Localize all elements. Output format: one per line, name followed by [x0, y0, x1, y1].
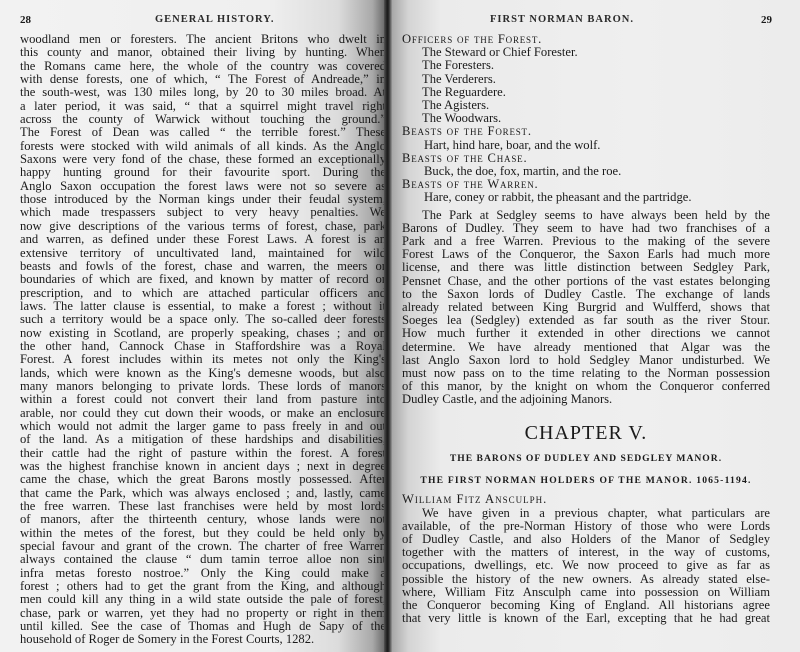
- text-line: of manors, after the thirteenth century,…: [20, 513, 384, 526]
- text-line: a later period, it was said, “ that a sq…: [20, 100, 384, 113]
- list-heading: Beasts of the Warren.: [402, 178, 770, 191]
- text-line: forests were stocked with wild animals o…: [20, 140, 384, 153]
- text-line: Park and a free Warren. Previous to the …: [402, 235, 770, 248]
- text-line: The Forest of Dean was called “ the terr…: [20, 126, 384, 139]
- text-line: We have given in a previous chapter, wha…: [402, 507, 770, 520]
- list-heading: Beasts of the Forest.: [402, 125, 770, 138]
- text-line: this county and manor, obtained their li…: [20, 46, 384, 59]
- list-item: The Steward or Chief Forester.: [402, 46, 770, 59]
- text-line: Forest. A forest includes within its met…: [20, 353, 384, 366]
- text-line: of Dudley Castle, and also Holders of th…: [402, 533, 770, 546]
- text-line: their cattle had the right of pasture wi…: [20, 447, 384, 460]
- text-line: Soeges lea (Sedgley) extended as far sou…: [402, 314, 770, 327]
- text-line: Barons of Dudley. They seem to have had …: [402, 222, 770, 235]
- text-line: lands, which were known as the King's de…: [20, 367, 384, 380]
- beasts-of-forest-list: Beasts of the Forest. Hart, hind hare, b…: [402, 125, 770, 151]
- section-title: THE BARONS OF DUDLEY AND SEDGLEY MANOR.: [402, 452, 770, 465]
- text-line: the Conqueror becoming King of England. …: [402, 599, 770, 612]
- text-line: Anglo Saxon occupation the forest laws w…: [20, 180, 384, 193]
- text-line: such a territory would be a space only. …: [20, 313, 384, 326]
- text-line: came the chase, which the great Barons m…: [20, 473, 384, 486]
- text-line: across the county of Warwick without tou…: [20, 113, 384, 126]
- list-item: The Agisters.: [402, 99, 770, 112]
- text-line: the Romans came here, the whole of the c…: [20, 60, 384, 73]
- text-line: special favour and grant of the crown. T…: [20, 540, 384, 553]
- text-line: within the metes of the forest, but they…: [20, 527, 384, 540]
- text-line: available, of the pre-Norman History of …: [402, 520, 770, 533]
- list-item: The Verderers.: [402, 73, 770, 86]
- text-line: infra metas foresto nostroe.” Only the K…: [20, 567, 384, 580]
- text-line: until killed. See the case of Thomas and…: [20, 620, 384, 633]
- list-item: Hart, hind hare, boar, and the wolf.: [402, 139, 770, 152]
- left-page-body: woodland men or foresters. The ancient B…: [20, 33, 384, 647]
- text-line: together with the matters of interest, i…: [402, 546, 770, 559]
- text-line: Dudley Castle, and the adjoining Manors.: [402, 393, 770, 406]
- text-line: arable, nor could they cut down their wo…: [20, 407, 384, 420]
- beasts-of-warren-list: Beasts of the Warren. Hare, coney or rab…: [402, 178, 770, 204]
- text-line: forest ; others had to get the grant fro…: [20, 580, 384, 593]
- text-line: determine. We have already mentioned tha…: [402, 341, 770, 354]
- chapter-title: CHAPTER V.: [402, 427, 770, 440]
- book-gutter: [384, 0, 392, 652]
- person-heading: William Fitz Ansculph.: [402, 493, 770, 506]
- running-head-right: FIRST NORMAN BARON.: [490, 14, 634, 25]
- page-number-right: 29: [761, 14, 772, 26]
- page-number-left: 28: [20, 14, 31, 26]
- right-page: FIRST NORMAN BARON. 29 Officers of the F…: [392, 0, 800, 652]
- book-spread: 28 GENERAL HISTORY. woodland men or fore…: [0, 0, 800, 652]
- text-line: was the highest franchise known in ancie…: [20, 460, 384, 473]
- text-line: last Anglo Saxon lord to hold Sedgley Ma…: [402, 354, 770, 367]
- text-line: laws. The latter clause is essential, to…: [20, 300, 384, 313]
- text-line: woodland men or foresters. The ancient B…: [20, 33, 384, 46]
- text-line: How much further it extended in other di…: [402, 327, 770, 340]
- text-line: occupations, dwellings, etc. We now proc…: [402, 559, 770, 572]
- right-page-body: Officers of the Forest. The Steward or C…: [402, 33, 770, 625]
- text-line: the free warren. These last franchises w…: [20, 500, 384, 513]
- text-line: where, William Fitz Ansculph came into p…: [402, 586, 770, 599]
- text-line: beasts and fowls of the forest, chase an…: [20, 260, 384, 273]
- beasts-of-chase-list: Beasts of the Chase. Buck, the doe, fox,…: [402, 152, 770, 178]
- running-head-left: GENERAL HISTORY.: [155, 14, 275, 25]
- text-line: of this manor, by the knight on whom the…: [402, 380, 770, 393]
- text-line: within a forest could not convert their …: [20, 393, 384, 406]
- text-line: chase, park or warren, yet they had no p…: [20, 607, 384, 620]
- text-line: that very little is known of the Earl, e…: [402, 612, 770, 625]
- paragraph-sedgley-park: The Park at Sedgley seems to have always…: [402, 209, 770, 407]
- text-line: license, and there was little distinctio…: [402, 261, 770, 274]
- text-line: men could kill any thing in a wild state…: [20, 593, 384, 606]
- text-line: Forest Laws of the Conqueror, the Saxon …: [402, 248, 770, 261]
- list-heading: Officers of the Forest.: [402, 33, 770, 46]
- text-line: many manors belonging to private lords. …: [20, 380, 384, 393]
- text-line: the other hand, Cannock Chase in Staffor…: [20, 340, 384, 353]
- list-item: Hare, coney or rabbit, the pheasant and …: [402, 191, 770, 204]
- text-line: of the land. As a mitigation of these ha…: [20, 433, 384, 446]
- text-line: now give descriptions of the various ter…: [20, 220, 384, 233]
- text-line: already related between King Burgrid and…: [402, 301, 770, 314]
- text-line: extensive territory of uncultivated land…: [20, 247, 384, 260]
- text-line: now existing in Scotland, are properly s…: [20, 327, 384, 340]
- text-line: boundaries of which are fixed, and known…: [20, 273, 384, 286]
- list-item: The Woodwars.: [402, 112, 770, 125]
- text-line: and warren, as defined under these Fores…: [20, 233, 384, 246]
- officers-of-forest-list: Officers of the Forest. The Steward or C…: [402, 33, 770, 125]
- list-item: Buck, the doe, fox, martin, and the roe.: [402, 165, 770, 178]
- text-line: possible the history of the new owners. …: [402, 573, 770, 586]
- paragraph-previous-chapter: We have given in a previous chapter, wha…: [402, 507, 770, 626]
- text-line: prescription, and to which are attached …: [20, 287, 384, 300]
- text-line: that came the Park, which was always enc…: [20, 487, 384, 500]
- list-item: The Reguardere.: [402, 86, 770, 99]
- text-line: The Park at Sedgley seems to have always…: [402, 209, 770, 222]
- left-page: 28 GENERAL HISTORY. woodland men or fore…: [0, 0, 384, 652]
- text-line: the south-west, was 130 miles long, by 2…: [20, 86, 384, 99]
- list-heading: Beasts of the Chase.: [402, 152, 770, 165]
- text-line: Pensnet Chase, and the other portions of…: [402, 275, 770, 288]
- text-line: to the Saxon lords of Dudley Castle. The…: [402, 288, 770, 301]
- list-item: The Foresters.: [402, 59, 770, 72]
- text-line: those introduced by the Norman kings und…: [20, 193, 384, 206]
- text-line: which made trespassers subject to very h…: [20, 206, 384, 219]
- text-line: must now pass on to the time relating to…: [402, 367, 770, 380]
- subsection-title: THE FIRST NORMAN HOLDERS OF THE MANOR. 1…: [402, 474, 770, 487]
- text-line: Saxons were very fond of the chase, thes…: [20, 153, 384, 166]
- text-line: household of Roger de Somery in the Fore…: [20, 633, 384, 646]
- text-line: with dense forests, one of which, “ The …: [20, 73, 384, 86]
- text-line: always contained the clause “ dum tamin …: [20, 553, 384, 566]
- text-line: happy hunting ground for their favourite…: [20, 166, 384, 179]
- text-line: which would not admit the larger game to…: [20, 420, 384, 433]
